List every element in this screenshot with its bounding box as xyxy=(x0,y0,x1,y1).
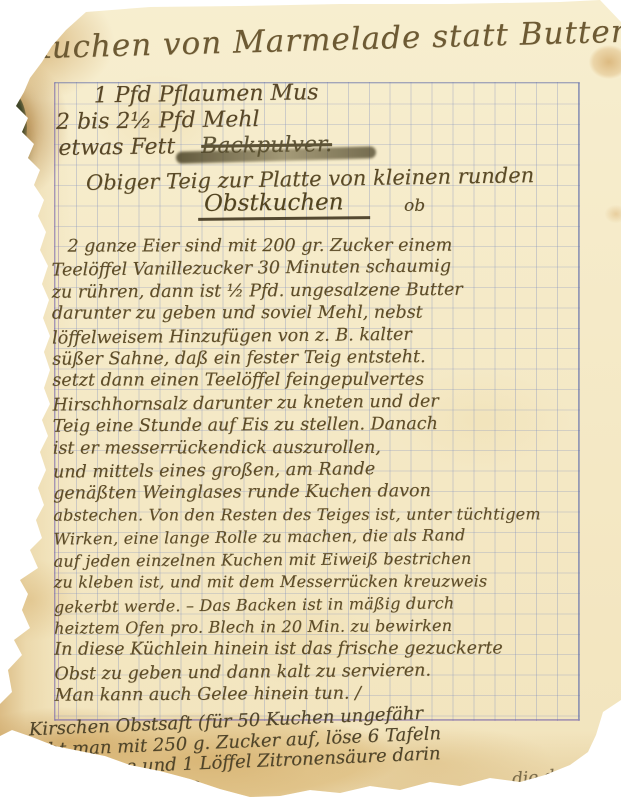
handwritten-line: ist er messerrückendick auszurollen, xyxy=(53,436,540,460)
handwritten-line: darunter zu geben und soviel Mehl, nebst xyxy=(52,302,539,326)
recipe-body: 2 ganze Eier sind mit 200 gr. Zucker ein… xyxy=(51,233,542,707)
handwritten-line: Obst zu geben und dann kalt zu servieren… xyxy=(54,658,542,686)
page-title: Kuchen von Marmelade statt Butter. xyxy=(28,14,621,67)
scan-background: Kuchen von Marmelade statt Butter. 1 Pfd… xyxy=(0,0,621,800)
section-heading: Obstkuchen xyxy=(198,189,370,221)
handwritten-line: löffelweisem Hinzufügen von z. B. kalter xyxy=(52,322,540,350)
handwritten-line: setzt dann einen Teelöffel feingepulvert… xyxy=(52,369,539,393)
recipe-footer: Kirschen Obstsaft (für 50 Kuchen ungefäh… xyxy=(14,703,443,800)
handwritten-line: auf jeden einzelnen Kuchen mit Eiweiß be… xyxy=(54,547,542,573)
handwritten-line: zu rühren, dann ist ½ Pfd. ungesalzene B… xyxy=(52,278,540,304)
faded-text-fragment: die d xyxy=(511,767,555,790)
handwritten-line: Man kann auch Gelee hinein tun. / xyxy=(54,681,542,707)
section-heading-wrap: Obstkuchen xyxy=(198,189,370,217)
ink-blot xyxy=(0,92,27,164)
handwritten-line: süßer Sahne, daß ein fester Teig entsteh… xyxy=(52,345,540,371)
handwritten-line: gekerbt werde. – Das Backen ist in mäßig… xyxy=(54,591,542,619)
ingredient-line: 2 bis 2½ Pfd Mehl xyxy=(56,106,332,136)
inserted-word: ob xyxy=(404,196,425,216)
handwritten-line: In diese Küchlein hinein ist das frische… xyxy=(54,638,541,662)
ingredient-line: 1 Pfd Pflaumen Mus xyxy=(93,80,331,109)
handwritten-line: zu kleben ist, und mit dem Messerrücken … xyxy=(54,570,541,594)
recipe-page: Kuchen von Marmelade statt Butter. 1 Pfd… xyxy=(0,0,621,800)
ingredient-text: etwas Fett xyxy=(58,134,175,161)
handwritten-line: genäßten Weinglases runde Kuchen davon xyxy=(53,480,541,506)
handwritten-line: Teig eine Stunde auf Eis zu stellen. Dan… xyxy=(53,413,541,439)
